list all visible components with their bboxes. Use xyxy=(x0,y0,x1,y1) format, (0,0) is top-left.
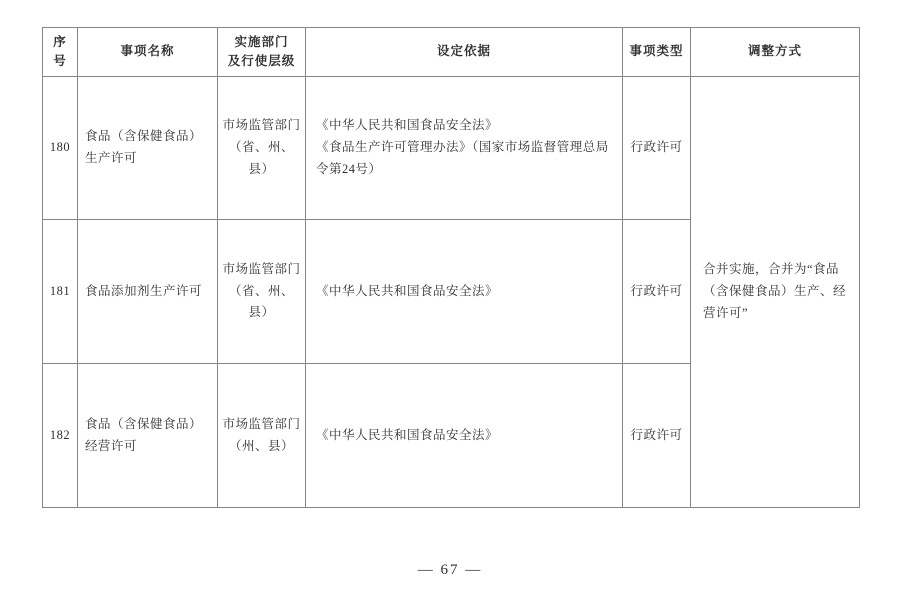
cell-type: 行政许可 xyxy=(623,77,691,220)
header-basis: 设定依据 xyxy=(306,28,623,77)
table-header-row: 序 号 事项名称 实施部门 及行使层级 设定依据 事项类型 调整方式 xyxy=(43,28,860,77)
header-name: 事项名称 xyxy=(78,28,218,77)
cell-name: 食品（含保健食品）生产许可 xyxy=(78,77,218,220)
approval-items-table: 序 号 事项名称 实施部门 及行使层级 设定依据 事项类型 调整方式 180 食… xyxy=(42,27,860,508)
cell-dept: 市场监管部门 （州、县） xyxy=(218,364,306,508)
cell-no: 181 xyxy=(43,220,78,364)
cell-type: 行政许可 xyxy=(623,220,691,364)
header-no: 序 号 xyxy=(43,28,78,77)
table-row: 180 食品（含保健食品）生产许可 市场监管部门 （省、州、县） 《中华人民共和… xyxy=(43,77,860,220)
cell-basis: 《中华人民共和国食品安全法》 xyxy=(306,364,623,508)
cell-dept: 市场监管部门 （省、州、县） xyxy=(218,77,306,220)
cell-adjustment-merged: 合并实施，合并为“食品（含保健食品）生产、经营许可” xyxy=(691,77,860,508)
cell-name: 食品（含保健食品）经营许可 xyxy=(78,364,218,508)
cell-no: 180 xyxy=(43,77,78,220)
cell-name: 食品添加剂生产许可 xyxy=(78,220,218,364)
page-number: — 67 — xyxy=(0,562,900,579)
cell-basis: 《中华人民共和国食品安全法》 xyxy=(306,220,623,364)
header-type: 事项类型 xyxy=(623,28,691,77)
cell-dept: 市场监管部门 （省、州、县） xyxy=(218,220,306,364)
header-adjust: 调整方式 xyxy=(691,28,860,77)
header-dept: 实施部门 及行使层级 xyxy=(218,28,306,77)
cell-basis: 《中华人民共和国食品安全法》 《食品生产许可管理办法》（国家市场监督管理总局令第… xyxy=(306,77,623,220)
cell-type: 行政许可 xyxy=(623,364,691,508)
cell-no: 182 xyxy=(43,364,78,508)
